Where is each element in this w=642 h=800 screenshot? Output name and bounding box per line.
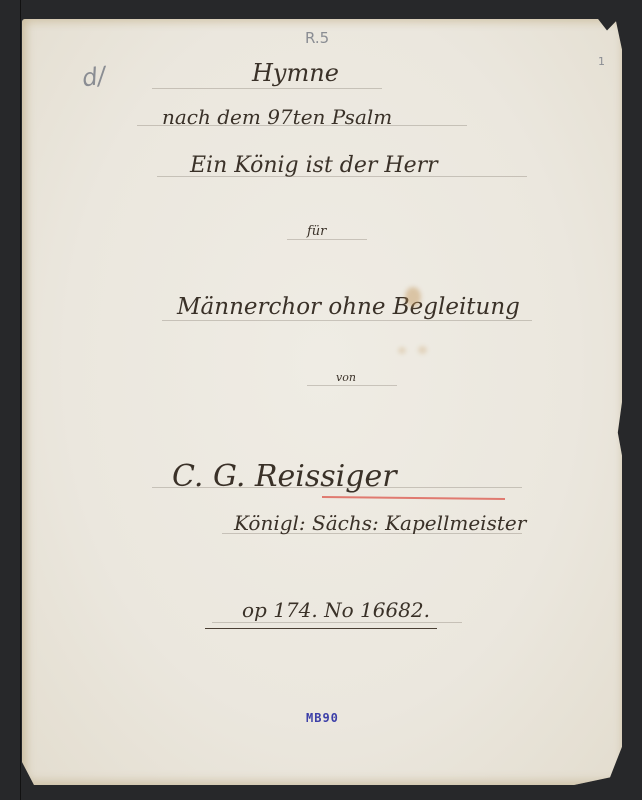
guide-rule [287,239,367,240]
opus-number: op 174. No 16682. [242,598,430,622]
scan-edge-line [20,0,21,800]
folio-number: 1 [598,55,605,68]
guide-rule [307,385,397,386]
foxing-stain [398,347,406,354]
foxing-stain [418,346,427,354]
subtitle-line: nach dem 97ten Psalm [162,105,392,129]
manuscript-page: d/ R.5 1 Hymne nach dem 97ten Psalm Ein … [22,19,622,785]
scoring: Männerchor ohne Begleitung [177,294,520,320]
guide-rule [212,622,462,623]
for-label: für [307,224,326,239]
opus-underline [205,628,437,629]
composer: C. G. Reissiger [172,459,397,494]
guide-rule [152,88,382,89]
composer-title: Königl: Sächs: Kapellmeister [234,511,526,535]
incipit: Ein König ist der Herr [190,153,438,178]
library-stamp: MB90 [306,711,339,725]
guide-rule [162,320,532,321]
composer-red-underline [322,496,505,500]
by-label: von [336,371,356,384]
margin-note: d/ [80,62,107,93]
foxing-stain [405,287,421,307]
title: Hymne [252,59,339,87]
shelfmark: R.5 [305,29,329,47]
